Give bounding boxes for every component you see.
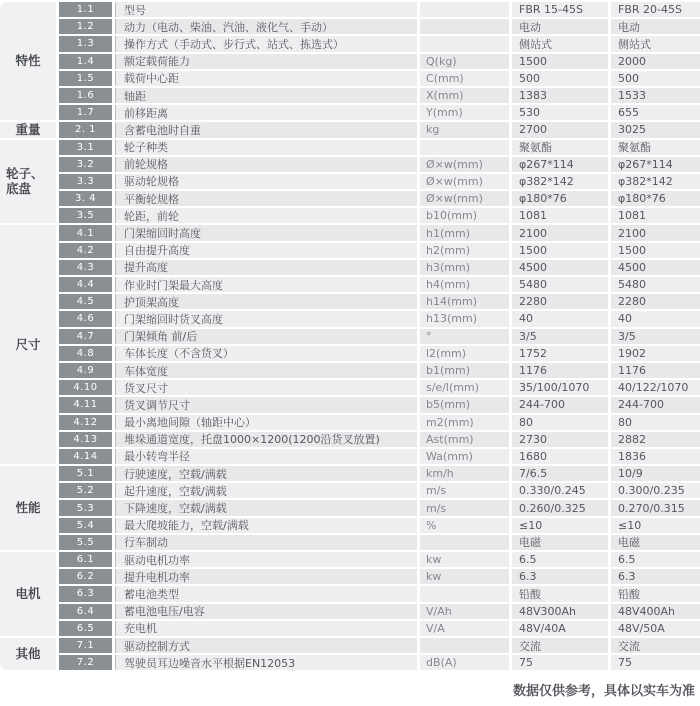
value-model1: 0.330/0.245: [512, 483, 608, 498]
param-unit: [420, 140, 509, 155]
row-number: 4.2: [59, 243, 112, 258]
value-model1: 7/6.5: [512, 466, 608, 481]
param-name: 前轮规格: [115, 157, 417, 172]
value-model1: 75: [512, 655, 608, 670]
param-unit: Q(kg): [420, 54, 509, 69]
value-model2: 2000: [611, 54, 700, 69]
value-model1: 6.3: [512, 569, 608, 584]
value-model2: 80: [611, 415, 700, 430]
param-unit: Ø×w(mm): [420, 174, 509, 189]
param-unit: kw: [420, 569, 509, 584]
value-model2: φ267*114: [611, 157, 700, 172]
value-model1: 35/100/1070: [512, 380, 608, 395]
value-model2: 244-700: [611, 397, 700, 412]
param-unit: h4(mm): [420, 277, 509, 292]
param-unit: m/s: [420, 500, 509, 515]
value-model2: 40: [611, 311, 700, 326]
value-model2: 3025: [611, 122, 700, 137]
param-name: 最小离地间隙（轴距中心）: [115, 415, 417, 430]
row-number: 5.2: [59, 483, 112, 498]
param-name: 轮子种类: [115, 140, 417, 155]
value-model2: 1902: [611, 346, 700, 361]
param-name: 起升速度，空载/满载: [115, 483, 417, 498]
param-unit: h2(mm): [420, 243, 509, 258]
row-number: 3.1: [59, 140, 112, 155]
value-model2: FBR 20-45S: [611, 2, 700, 17]
value-model1: 2280: [512, 294, 608, 309]
row-number: 5.3: [59, 500, 112, 515]
param-name: 充电机: [115, 621, 417, 636]
value-model1: 4500: [512, 260, 608, 275]
value-model2: 3/5: [611, 329, 700, 344]
value-model2: 0.300/0.235: [611, 483, 700, 498]
param-name: 蓄电池电压/电容: [115, 604, 417, 619]
row-number: 4.10: [59, 380, 112, 395]
row-number: 4.9: [59, 363, 112, 378]
spec-sheet-page: 特性1.1型号FBR 15-45SFBR 20-45S1.2动力（电动、柴油、汽…: [0, 0, 700, 706]
row-number: 4.7: [59, 329, 112, 344]
value-model2: 75: [611, 655, 700, 670]
value-model2: ≤10: [611, 518, 700, 533]
param-name: 前移距离: [115, 105, 417, 120]
param-unit: h14(mm): [420, 294, 509, 309]
param-name: 载荷中心距: [115, 71, 417, 86]
param-unit: b10(mm): [420, 208, 509, 223]
section-label: 尺寸: [0, 225, 56, 464]
value-model2: 6.3: [611, 569, 700, 584]
param-name: 驱动轮规格: [115, 174, 417, 189]
value-model1: 电磁: [512, 535, 608, 550]
row-number: 6.2: [59, 569, 112, 584]
value-model2: 1500: [611, 243, 700, 258]
row-number: 4.3: [59, 260, 112, 275]
value-model2: 1081: [611, 208, 700, 223]
param-unit: km/h: [420, 466, 509, 481]
row-number: 1.1: [59, 2, 112, 17]
param-name: 轮距，前轮: [115, 208, 417, 223]
value-model2: 电磁: [611, 535, 700, 550]
value-model1: ≤10: [512, 518, 608, 533]
param-name: 门架缩回时货叉高度: [115, 311, 417, 326]
param-unit: C(mm): [420, 71, 509, 86]
row-number: 3.2: [59, 157, 112, 172]
param-name: 含蓄电池时自重: [115, 122, 417, 137]
value-model1: 1383: [512, 88, 608, 103]
row-number: 1.2: [59, 19, 112, 34]
row-number: 5.1: [59, 466, 112, 481]
param-name: 额定载荷能力: [115, 54, 417, 69]
param-unit: [420, 2, 509, 17]
section-label: 电机: [0, 552, 56, 636]
value-model2: 侧站式: [611, 36, 700, 51]
param-unit: l2(mm): [420, 346, 509, 361]
value-model1: 3/5: [512, 329, 608, 344]
param-name: 门架倾角 前/后: [115, 329, 417, 344]
value-model1: 2700: [512, 122, 608, 137]
section-label: 其他: [0, 638, 56, 670]
param-unit: dB(A): [420, 655, 509, 670]
value-model1: 1500: [512, 243, 608, 258]
param-unit: m/s: [420, 483, 509, 498]
value-model2: φ180*76: [611, 191, 700, 206]
row-number: 6.1: [59, 552, 112, 567]
param-unit: [420, 586, 509, 601]
row-number: 2. 1: [59, 122, 112, 137]
row-number: 6.4: [59, 604, 112, 619]
param-name: 型号: [115, 2, 417, 17]
param-name: 驱动电机功率: [115, 552, 417, 567]
value-model2: 48V/50A: [611, 621, 700, 636]
value-model1: 1680: [512, 449, 608, 464]
param-unit: Wa(mm): [420, 449, 509, 464]
value-model2: 500: [611, 71, 700, 86]
value-model1: 铅酸: [512, 586, 608, 601]
spec-table: 特性1.1型号FBR 15-45SFBR 20-45S1.2动力（电动、柴油、汽…: [0, 2, 700, 670]
param-unit: [420, 36, 509, 51]
param-unit: b5(mm): [420, 397, 509, 412]
row-number: 5.4: [59, 518, 112, 533]
value-model1: 5480: [512, 277, 608, 292]
value-model1: 侧站式: [512, 36, 608, 51]
value-model1: 530: [512, 105, 608, 120]
value-model2: 1836: [611, 449, 700, 464]
row-number: 4.5: [59, 294, 112, 309]
value-model1: 80: [512, 415, 608, 430]
value-model2: 2100: [611, 225, 700, 240]
value-model2: 5480: [611, 277, 700, 292]
row-number: 3.5: [59, 208, 112, 223]
param-name: 堆垛通道宽度，托盘1000×1200(1200沿货叉放置): [115, 432, 417, 447]
value-model2: 10/9: [611, 466, 700, 481]
param-unit: Y(mm): [420, 105, 509, 120]
param-unit: kg: [420, 122, 509, 137]
value-model1: φ382*142: [512, 174, 608, 189]
value-model2: 0.270/0.315: [611, 500, 700, 515]
param-unit: h1(mm): [420, 225, 509, 240]
param-name: 自由提升高度: [115, 243, 417, 258]
row-number: 6.3: [59, 586, 112, 601]
param-name: 门架缩回时高度: [115, 225, 417, 240]
value-model1: 2100: [512, 225, 608, 240]
value-model1: φ267*114: [512, 157, 608, 172]
param-name: 平衡轮规格: [115, 191, 417, 206]
param-name: 下降速度，空载/满载: [115, 500, 417, 515]
value-model2: 2882: [611, 432, 700, 447]
param-unit: [420, 638, 509, 653]
value-model2: 铅酸: [611, 586, 700, 601]
value-model1: 0.260/0.325: [512, 500, 608, 515]
param-name: 护顶架高度: [115, 294, 417, 309]
param-name: 提升电机功率: [115, 569, 417, 584]
row-number: 1.3: [59, 36, 112, 51]
param-unit: %: [420, 518, 509, 533]
param-name: 最小转弯半径: [115, 449, 417, 464]
section-label: 重量: [0, 122, 56, 137]
param-name: 操作方式（手动式、步行式、站式、拣选式）: [115, 36, 417, 51]
param-name: 车体长度（不含货叉）: [115, 346, 417, 361]
value-model1: 2730: [512, 432, 608, 447]
param-name: 轴距: [115, 88, 417, 103]
value-model1: 1176: [512, 363, 608, 378]
row-number: 5.5: [59, 535, 112, 550]
value-model2: 交流: [611, 638, 700, 653]
row-number: 6.5: [59, 621, 112, 636]
value-model2: 电动: [611, 19, 700, 34]
row-number: 3.3: [59, 174, 112, 189]
param-unit: °: [420, 329, 509, 344]
value-model2: 6.5: [611, 552, 700, 567]
value-model1: 40: [512, 311, 608, 326]
param-name: 货叉调节尺寸: [115, 397, 417, 412]
value-model2: 48V400Ah: [611, 604, 700, 619]
section-label: 性能: [0, 466, 56, 550]
param-name: 货叉尺寸: [115, 380, 417, 395]
value-model2: 1533: [611, 88, 700, 103]
value-model2: 40/122/1070: [611, 380, 700, 395]
section-label: 特性: [0, 2, 56, 120]
value-model2: 1176: [611, 363, 700, 378]
row-number: 7.1: [59, 638, 112, 653]
param-name: 驱动控制方式: [115, 638, 417, 653]
value-model1: 1081: [512, 208, 608, 223]
value-model1: 交流: [512, 638, 608, 653]
param-unit: X(mm): [420, 88, 509, 103]
value-model2: 655: [611, 105, 700, 120]
row-number: 1.7: [59, 105, 112, 120]
value-model1: 48V300Ah: [512, 604, 608, 619]
row-number: 4.11: [59, 397, 112, 412]
row-number: 1.5: [59, 71, 112, 86]
param-unit: kw: [420, 552, 509, 567]
value-model2: 2280: [611, 294, 700, 309]
value-model1: 1500: [512, 54, 608, 69]
param-name: 车体宽度: [115, 363, 417, 378]
row-number: 7.2: [59, 655, 112, 670]
row-number: 4.8: [59, 346, 112, 361]
value-model1: 500: [512, 71, 608, 86]
section-label: 轮子、底盘: [0, 140, 56, 224]
value-model2: 聚氨酯: [611, 140, 700, 155]
param-name: 行驶速度，空载/满载: [115, 466, 417, 481]
param-unit: h13(mm): [420, 311, 509, 326]
param-unit: Ø×w(mm): [420, 191, 509, 206]
param-name: 驾驶员耳边噪音水平根据EN12053: [115, 655, 417, 670]
param-name: 蓄电池类型: [115, 586, 417, 601]
param-unit: V/A: [420, 621, 509, 636]
row-number: 1.4: [59, 54, 112, 69]
row-number: 4.1: [59, 225, 112, 240]
value-model1: 聚氨酯: [512, 140, 608, 155]
value-model1: 244-700: [512, 397, 608, 412]
param-unit: s/e/l(mm): [420, 380, 509, 395]
param-unit: m2(mm): [420, 415, 509, 430]
value-model1: 电动: [512, 19, 608, 34]
param-name: 行车制动: [115, 535, 417, 550]
param-unit: V/Ah: [420, 604, 509, 619]
row-number: 4.14: [59, 449, 112, 464]
value-model1: 1752: [512, 346, 608, 361]
value-model1: 48V/40A: [512, 621, 608, 636]
param-name: 动力（电动、柴油、汽油、液化气、手动）: [115, 19, 417, 34]
param-unit: Ast(mm): [420, 432, 509, 447]
row-number: 4.13: [59, 432, 112, 447]
row-number: 4.6: [59, 311, 112, 326]
param-unit: Ø×w(mm): [420, 157, 509, 172]
param-name: 作业时门架最大高度: [115, 277, 417, 292]
footer-note: 数据仅供参考，具体以实车为准: [513, 680, 695, 699]
param-unit: h3(mm): [420, 260, 509, 275]
row-number: 1.6: [59, 88, 112, 103]
param-name: 提升高度: [115, 260, 417, 275]
value-model1: φ180*76: [512, 191, 608, 206]
value-model1: FBR 15-45S: [512, 2, 608, 17]
value-model2: φ382*142: [611, 174, 700, 189]
row-number: 4.4: [59, 277, 112, 292]
param-unit: b1(mm): [420, 363, 509, 378]
param-unit: [420, 535, 509, 550]
param-unit: [420, 19, 509, 34]
param-name: 最大爬坡能力，空载/满载: [115, 518, 417, 533]
value-model2: 4500: [611, 260, 700, 275]
value-model1: 6.5: [512, 552, 608, 567]
row-number: 4.12: [59, 415, 112, 430]
row-number: 3. 4: [59, 191, 112, 206]
